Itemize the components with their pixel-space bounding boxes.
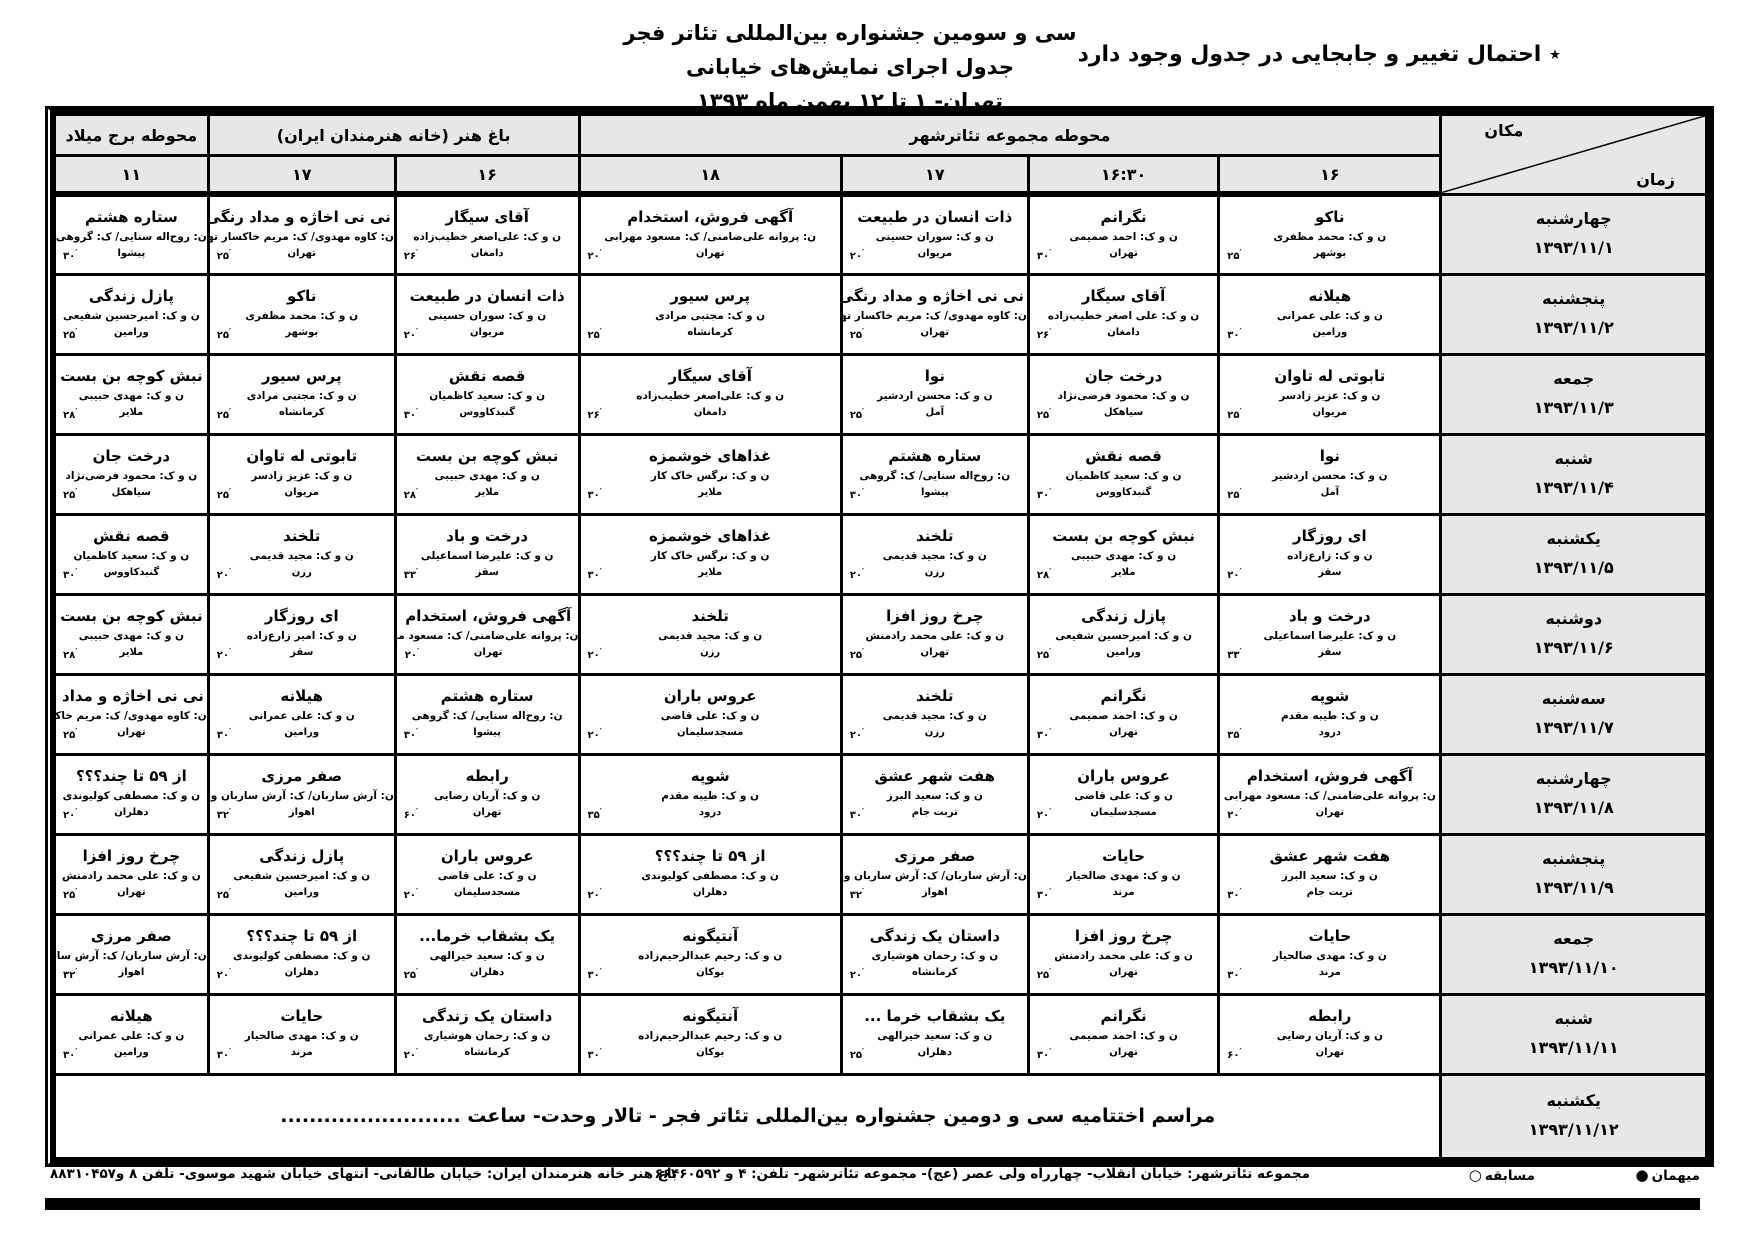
show-title: هیلانه [1220, 285, 1439, 305]
show-title: نگرانم [1030, 685, 1217, 705]
show-title: ناکو [210, 285, 394, 305]
show-cell: آگهی فروش، استخدام ن: پروانه علی‌ضامنی/ … [1219, 754, 1441, 834]
day-date: ۱۳۹۳/۱۱/۵ [1442, 554, 1705, 583]
show-title: هیلانه [56, 1005, 207, 1025]
show-title: ذات انسان در طبیعت [843, 206, 1027, 226]
time-18: ۱۸ [579, 156, 841, 195]
show-credit: ن و ک: عزیز زادسر [1220, 385, 1439, 402]
show-credit: ن و ک: محمد مظفری [1220, 226, 1439, 243]
show-cell: چرخ روز افزا ن و ک: علی محمد رادمنش ۲۵ ت… [1028, 914, 1218, 994]
page-title: سی و سومین جشنواره بین‌المللی تئاتر فجر … [610, 16, 1090, 118]
show-duration: ۲۰ [588, 887, 602, 901]
show-credit: ن: پروانه علی‌ضامنی/ ک: مسعود مهرابی [581, 226, 840, 243]
show-city: دهلران [56, 807, 207, 818]
show-duration: ۳۰ [217, 1047, 231, 1061]
show-credit: ن و ک: امیرحسین شفیعی [56, 305, 207, 322]
show-cell: رابطه ن و ک: آریان رضایی ۶۰ تهران [1219, 994, 1441, 1074]
show-duration: ۳۰ [1037, 487, 1051, 501]
show-credit: ن: آرش ساربان/ ک: آرش ساربان و علی بنائی… [210, 785, 394, 802]
legend-guest-label: میهمان [1652, 1168, 1700, 1184]
show-cell: آقای سیگار ن و ک: علی‌اصغر خطیب‌زاده ۲۶ … [579, 354, 841, 434]
show-credit: ن و ک: علیرضا اسماعیلی [1220, 625, 1439, 642]
show-credit: ن و ک: سعید البرز [1220, 865, 1439, 882]
legend-competition: ○مسابقه [1469, 1166, 1535, 1184]
show-title: ذات انسان در طبیعت [397, 285, 578, 305]
day-date: ۱۳۹۳/۱۱/۱۱ [1442, 1034, 1705, 1063]
show-title: چرخ روز افزا [56, 845, 207, 865]
show-city: تهران [1030, 1047, 1217, 1058]
show-city: رزن [843, 567, 1027, 578]
show-duration: ۲۰ [404, 887, 418, 901]
show-title: حایات [1220, 925, 1439, 945]
show-duration: ۳۳ [404, 567, 418, 581]
show-title: ای روزگار [210, 605, 394, 625]
show-duration: ۲۰ [850, 248, 864, 262]
show-city: دهلران [397, 967, 578, 978]
show-credit: ن و ک: مصطفی کولیوندی [56, 785, 207, 802]
date-cell: سه‌شنبه ۱۳۹۳/۱۱/۷ [1441, 674, 1707, 754]
show-title: شوپه [581, 765, 840, 785]
show-cell: از ۵۹ تا چند؟؟؟ ن و ک: مصطفی کولیوندی ۲۰… [208, 914, 395, 994]
show-title: نبش کوچه بن بست [56, 605, 207, 625]
show-credit: ن و ک: سعید البرز [843, 785, 1027, 802]
show-duration: ۳۰ [63, 248, 77, 262]
show-duration: ۳۰ [850, 487, 864, 501]
show-duration: ۳۰ [404, 407, 418, 421]
show-cell: ستاره هشتم ن: روح‌اله سنایی/ ک: گروهی ۳۰… [395, 674, 579, 754]
show-title: داستان یک زندگی [397, 1005, 578, 1025]
show-city: ورامین [56, 1047, 207, 1058]
show-city: تربت جام [1220, 887, 1439, 898]
legend-guest: ●میهمان [1635, 1166, 1700, 1184]
schedule-table: مکان زمان محوطه مجموعه تئاترشهر باغ هنر … [53, 113, 1708, 1160]
show-cell: نی نی اخاژه و مداد رنگی ن: کاوه مهدوی/ ک… [208, 194, 395, 274]
show-title: آگهی فروش، استخدام [581, 206, 840, 226]
show-duration: ۲۶ [588, 407, 602, 421]
show-cell: آگهی فروش، استخدام ن: پروانه علی‌ضامنی/ … [395, 594, 579, 674]
date-cell: پنجشنبه ۱۳۹۳/۱۱/۲ [1441, 274, 1707, 354]
show-title: ای روزگار [1220, 525, 1439, 545]
show-cell: هفت شهر عشق ن و ک: سعید البرز ۳۰ تربت جا… [1219, 834, 1441, 914]
show-cell: نگرانم ن و ک: احمد صمیمی ۳۰ تهران [1028, 674, 1218, 754]
show-cell: آنتیگونه ن و ک: رحیم عبدالرحیم‌زاده ۳۰ ب… [579, 914, 841, 994]
show-city: سقز [397, 567, 578, 578]
show-title: درخت جان [56, 445, 207, 465]
show-cell: ناکو ن و ک: محمد مظفری ۲۵ بوشهر [1219, 194, 1441, 274]
show-cell: ای روزگار ن و ک: زارع‌زاده ۲۰ سقز [1219, 514, 1441, 594]
show-credit: ن و ک: عزیز زادسر [210, 465, 394, 482]
schedule-subtitle: جدول اجرای نمایش‌های خیابانی [610, 50, 1090, 84]
show-duration: ۲۵ [1227, 407, 1241, 421]
show-cell: تلخند ن و ک: مجید قدیمی ۲۰ رزن [579, 594, 841, 674]
show-cell: غذاهای خوشمزه ن و ک: نرگس خاک کار ۳۰ ملا… [579, 514, 841, 594]
show-credit: ن و ک: نرگس خاک کار [581, 545, 840, 562]
show-duration: ۳۰ [63, 1047, 77, 1061]
show-city: ورامین [210, 727, 394, 738]
day-name: یکشنبه [1442, 1087, 1705, 1116]
show-cell: صفر مرزی ن: آرش ساربان/ ک: آرش ساربان و … [55, 914, 209, 994]
show-credit: ن و ک: علی قاضی [397, 865, 578, 882]
date-cell: یکشنبه ۱۳۹۳/۱۱/۵ [1441, 514, 1707, 594]
show-cell: نی نی اخاژه و مداد رنگی ن: کاوه مهدوی/ ک… [841, 274, 1028, 354]
show-credit: ن و ک: رحیم عبدالرحیم‌زاده [581, 945, 840, 962]
show-duration: ۲۰ [588, 647, 602, 661]
show-credit: ن و ک: مصطفی کولیوندی [581, 865, 840, 882]
show-credit: ن و ک: آریان رضایی [1220, 1025, 1439, 1042]
show-cell: عروس باران ن و ک: علی قاضی ۲۰ مسجدسلیمان [579, 674, 841, 754]
show-city: تهران [1030, 248, 1217, 259]
show-cell: شوپه ن و ک: طیبه مقدم ۳۵ درود [1219, 674, 1441, 754]
show-title: رابطه [397, 765, 578, 785]
show-title: پازل زندگی [210, 845, 394, 865]
day-name: چهارشنبه [1442, 765, 1705, 794]
show-cell: هفت شهر عشق ن و ک: سعید البرز ۳۰ تربت جا… [841, 754, 1028, 834]
show-cell: آنتیگونه ن و ک: رحیم عبدالرحیم‌زاده ۳۰ ب… [579, 994, 841, 1074]
show-title: نی نی اخاژه و مداد ... [56, 685, 207, 705]
show-city: ملایر [581, 487, 840, 498]
time-11: ۱۱ [55, 156, 209, 195]
date-cell: دوشنبه ۱۳۹۳/۱۱/۶ [1441, 594, 1707, 674]
show-cell: پازل زندگی ن و ک: امیرحسین شفیعی ۲۵ ورام… [208, 834, 395, 914]
show-cell: نی نی اخاژه و مداد ... ن: کاوه مهدوی/ ک:… [55, 674, 209, 754]
day-name: دوشنبه [1442, 605, 1705, 634]
show-credit: ن و ک: علی‌اصغر خطیب‌زاده [397, 226, 578, 243]
show-title: قصه نقش [56, 525, 207, 545]
show-title: درخت جان [1030, 365, 1217, 385]
show-cell: حایات ن و ک: مهدی صالحیار ۳۰ مرند [208, 994, 395, 1074]
bagh-honar-address: باغ هنر خانه هنرمندان ایران: خیابان طالق… [50, 1166, 677, 1182]
show-credit: ن: آرش ساربان/ ک: آرش ساربان و علی بنائی… [56, 945, 207, 962]
day-name: پنجشنبه [1442, 845, 1705, 874]
show-title: تلخند [843, 525, 1027, 545]
show-title: نگرانم [1030, 206, 1217, 226]
day-date: ۱۳۹۳/۱۱/۱ [1442, 234, 1705, 263]
show-duration: ۳۰ [1037, 248, 1051, 262]
schedule-row: چهارشنبه ۱۳۹۳/۱۱/۸ آگهی فروش، استخدام ن:… [55, 754, 1707, 834]
day-name: جمعه [1442, 365, 1705, 394]
show-title: نی نی اخاژه و مداد رنگی [843, 285, 1027, 305]
show-city: سیاهکل [56, 487, 207, 498]
day-date: ۱۳۹۳/۱۱/۲ [1442, 314, 1705, 343]
show-city: پیشوا [397, 727, 578, 738]
show-cell: چرخ روز افزا ن و ک: علی محمد رادمنش ۲۵ ت… [55, 834, 209, 914]
show-credit: ن و ک: مهدی صالحیار [1030, 865, 1217, 882]
show-credit: ن و ک: طیبه مقدم [581, 785, 840, 802]
schedule-row: جمعه ۱۳۹۳/۱۱/۱۰ حایات ن و ک: مهدی صالحیا… [55, 914, 1707, 994]
show-city: مرند [1220, 967, 1439, 978]
show-duration: ۳۰ [217, 727, 231, 741]
date-cell: چهارشنبه ۱۳۹۳/۱۱/۱ [1441, 194, 1707, 274]
show-cell: نبش کوچه بن بست ن و ک: مهدی حبیبی ۲۸ ملا… [1028, 514, 1218, 594]
show-duration: ۳۰ [588, 487, 602, 501]
show-duration: ۲۵ [1227, 248, 1241, 262]
show-cell: یک بشقاب خرما... ن و ک: سعید خیرالهی ۲۵ … [395, 914, 579, 994]
show-credit: ن و ک: محمود فرضی‌نژاد [56, 465, 207, 482]
show-city: اهواز [843, 887, 1027, 898]
show-cell: از ۵۹ تا چند؟؟؟ ن و ک: مصطفی کولیوندی ۲۰… [55, 754, 209, 834]
schedule-table-wrapper: مکان زمان محوطه مجموعه تئاترشهر باغ هنر … [45, 106, 1714, 1167]
time-17: ۱۷ [841, 156, 1028, 195]
show-city: دامغان [1030, 327, 1217, 338]
show-duration: ۲۰ [217, 567, 231, 581]
show-duration: ۲۵ [63, 327, 77, 341]
show-credit: ن و ک: محسن اردشیر [1220, 465, 1439, 482]
day-name: پنجشنبه [1442, 285, 1705, 314]
show-city: ورامین [1030, 647, 1217, 658]
show-city: ورامین [210, 887, 394, 898]
show-credit: ن: آرش ساربان/ ک: آرش ساربان و علی بنائی… [843, 865, 1027, 882]
day-date: ۱۳۹۳/۱۱/۸ [1442, 794, 1705, 823]
show-city: کرمانشاه [843, 967, 1027, 978]
date-cell: جمعه ۱۳۹۳/۱۱/۳ [1441, 354, 1707, 434]
day-name: یکشنبه [1442, 525, 1705, 554]
show-duration: ۳۰ [588, 967, 602, 981]
time-1630: ۱۶:۳۰ [1028, 156, 1218, 195]
show-title: آقای سیگار [397, 206, 578, 226]
show-duration: ۳۰ [404, 727, 418, 741]
show-city: پیشوا [843, 487, 1027, 498]
schedule-row: شنبه ۱۳۹۳/۱۱/۱۱ رابطه ن و ک: آریان رضایی… [55, 994, 1707, 1074]
show-duration: ۲۵ [63, 887, 77, 901]
show-cell: درخت جان ن و ک: محمود فرضی‌نژاد ۲۵ سیاهک… [1028, 354, 1218, 434]
show-credit: ن و ک: علی عمرانی [210, 705, 394, 722]
venue-milad-tower: محوطه برج میلاد [55, 115, 209, 156]
show-title: نبش کوچه بن بست [56, 365, 207, 385]
show-cell: هیلانه ن و ک: علی عمرانی ۳۰ ورامین [55, 994, 209, 1074]
day-name: شنبه [1442, 445, 1705, 474]
show-duration: ۲۵ [850, 647, 864, 661]
date-cell: چهارشنبه ۱۳۹۳/۱۱/۸ [1441, 754, 1707, 834]
show-credit: ن و ک: امیرحسین شفیعی [210, 865, 394, 882]
show-duration: ۲۵ [1037, 647, 1051, 661]
show-credit: ن و ک: مهدی صالحیار [1220, 945, 1439, 962]
show-credit: ن: کاوه مهدوی/ ک: مریم خاکسار تهرانی [210, 226, 394, 243]
schedule-row: پنجشنبه ۱۳۹۳/۱۱/۲ هیلانه ن و ک: علی عمرا… [55, 274, 1707, 354]
schedule-row: چهارشنبه ۱۳۹۳/۱۱/۱ ناکو ن و ک: محمد مظفر… [55, 194, 1707, 274]
show-city: ورامین [1220, 327, 1439, 338]
date-cell: شنبه ۱۳۹۳/۱۱/۱۱ [1441, 994, 1707, 1074]
show-city: سقز [1220, 647, 1439, 658]
show-credit: ن و ک: مصطفی کولیوندی [210, 945, 394, 962]
show-title: نوا [843, 365, 1027, 385]
show-duration: ۲۵ [1037, 967, 1051, 981]
legend-competition-label: مسابقه [1485, 1168, 1535, 1184]
show-duration: ۲۵ [63, 727, 77, 741]
show-cell: پازل زندگی ن و ک: امیرحسین شفیعی ۲۵ ورام… [1028, 594, 1218, 674]
show-cell: عروس باران ن و ک: علی قاضی ۲۰ مسجدسلیمان [1028, 754, 1218, 834]
show-duration: ۶۰ [1227, 1047, 1241, 1061]
show-cell: ستاره هشتم ن: روح‌اله سنایی/ ک: گروهی ۳۰… [55, 194, 209, 274]
show-city: بوکان [581, 967, 840, 978]
show-credit: ن: پروانه علی‌ضامنی/ ک: مسعود مهرابی [1220, 785, 1439, 802]
show-city: ورامین [56, 327, 207, 338]
schedule-page: ٭ احتمال تغییر و جابجایی در جدول وجود دا… [0, 0, 1757, 1242]
show-city: مسجدسلیمان [581, 727, 840, 738]
show-city: سقز [1220, 567, 1439, 578]
show-cell: درخت و باد ن و ک: علیرضا اسماعیلی ۳۳ سقز [1219, 594, 1441, 674]
show-title: داستان یک زندگی [843, 925, 1027, 945]
bottom-rule [45, 1198, 1700, 1210]
show-title: عروس باران [397, 845, 578, 865]
show-duration: ۲۰ [404, 1047, 418, 1061]
show-city: مریوان [210, 487, 394, 498]
schedule-row: شنبه ۱۳۹۳/۱۱/۴ نوا ن و ک: محسن اردشیر ۲۵… [55, 434, 1707, 514]
show-credit: ن و ک: مجید قدیمی [581, 625, 840, 642]
show-title: از ۵۹ تا چند؟؟؟ [581, 845, 840, 865]
show-cell: رابطه ن و ک: آریان رضایی ۶۰ تهران [395, 754, 579, 834]
show-cell: تابوتی له تاوان ن و ک: عزیز زادسر ۲۵ مری… [208, 434, 395, 514]
show-city: دهلران [581, 887, 840, 898]
show-credit: ن و ک: سوران حسینی [843, 226, 1027, 243]
show-title: قصه نقش [1030, 445, 1217, 465]
day-name: شنبه [1442, 1005, 1705, 1034]
show-city: تهران [1220, 1047, 1439, 1058]
show-credit: ن و ک: مجید قدیمی [210, 545, 394, 562]
show-cell: نبش کوچه بن بست ن و ک: مهدی حبیبی ۲۸ ملا… [55, 594, 209, 674]
show-city: مسجدسلیمان [397, 887, 578, 898]
show-duration: ۲۰ [1037, 807, 1051, 821]
show-cell: تلخند ن و ک: مجید قدیمی ۲۰ رزن [841, 674, 1028, 754]
show-credit: ن: کاوه مهدوی/ ک: مریم خاکسار تهرانی [843, 305, 1027, 322]
show-duration: ۲۵ [217, 327, 231, 341]
show-title: آنتیگونه [581, 1005, 840, 1025]
show-city: ملایر [581, 567, 840, 578]
show-duration: ۲۰ [1227, 807, 1241, 821]
show-city: تهران [397, 807, 578, 818]
show-credit: ن و ک: علی عمرانی [1220, 305, 1439, 322]
show-credit: ن: روح‌اله سنایی/ ک: گروهی [397, 705, 578, 722]
show-title: ستاره هشتم [397, 685, 578, 705]
show-title: حایات [1030, 845, 1217, 865]
show-city: مسجدسلیمان [1030, 807, 1217, 818]
schedule-row: یکشنبه ۱۳۹۳/۱۱/۵ ای روزگار ن و ک: زارع‌ز… [55, 514, 1707, 594]
change-notice-text: ٭ احتمال تغییر و جابجایی در جدول وجود دا… [1078, 42, 1561, 67]
show-city: تهران [1220, 807, 1439, 818]
show-credit: ن و ک: علیرضا اسماعیلی [397, 545, 578, 562]
show-credit: ن و ک: مهدی حبیبی [56, 625, 207, 642]
show-title: نی نی اخاژه و مداد رنگی [210, 206, 394, 226]
show-city: گنبدکاووس [397, 407, 578, 418]
show-cell: پازل زندگی ن و ک: امیرحسین شفیعی ۲۵ ورام… [55, 274, 209, 354]
show-title: نبش کوچه بن بست [1030, 525, 1217, 545]
show-credit: ن: روح‌اله سنایی/ ک: گروهی [843, 465, 1027, 482]
show-city: سقز [210, 647, 394, 658]
show-duration: ۲۵ [217, 887, 231, 901]
show-title: صفر مرزی [56, 925, 207, 945]
show-city: گنبدکاووس [1030, 487, 1217, 498]
show-duration: ۲۵ [850, 407, 864, 421]
show-cell: ناکو ن و ک: محمد مظفری ۲۵ بوشهر [208, 274, 395, 354]
show-credit: ن و ک: سعید کاظمیان [1030, 465, 1217, 482]
schedule-row: دوشنبه ۱۳۹۳/۱۱/۶ درخت و باد ن و ک: علیرض… [55, 594, 1707, 674]
show-credit: ن و ک: سوران حسینی [397, 305, 578, 322]
show-duration: ۲۵ [217, 487, 231, 501]
show-cell: ای روزگار ن و ک: امیر زارع‌زاده ۲۰ سقز [208, 594, 395, 674]
show-duration: ۲۵ [1227, 487, 1241, 501]
show-cell: هیلانه ن و ک: علی عمرانی ۳۰ ورامین [208, 674, 395, 754]
closing-ceremony-cell: مراسم اختتامیه سی و دومین جشنواره بین‌ال… [55, 1074, 1441, 1158]
show-duration: ۳۰ [1227, 887, 1241, 901]
show-credit: ن و ک: احمد صمیمی [1030, 1025, 1217, 1042]
show-cell: عروس باران ن و ک: علی قاضی ۲۰ مسجدسلیمان [395, 834, 579, 914]
show-city: ملایر [56, 407, 207, 418]
show-credit: ن و ک: مهدی صالحیار [210, 1025, 394, 1042]
show-title: صفر مرزی [843, 845, 1027, 865]
show-title: تابوتی له تاوان [1220, 365, 1439, 385]
show-city: ملایر [1030, 567, 1217, 578]
show-city: تهران [56, 887, 207, 898]
show-credit: ن و ک: زارع‌زاده [1220, 545, 1439, 562]
show-title: پازل زندگی [56, 285, 207, 305]
show-cell: ستاره هشتم ن: روح‌اله سنایی/ ک: گروهی ۳۰… [841, 434, 1028, 514]
show-cell: تابوتی له تاوان ن و ک: عزیز زادسر ۲۵ مری… [1219, 354, 1441, 434]
show-duration: ۳۰ [588, 567, 602, 581]
day-name: سه‌شنبه [1442, 685, 1705, 714]
show-credit: ن و ک: علی‌اصغر خطیب‌زاده [581, 385, 840, 402]
show-city: دامغان [581, 407, 840, 418]
corner-cell: مکان زمان [1441, 115, 1707, 195]
show-cell: درخت و باد ن و ک: علیرضا اسماعیلی ۳۳ سقز [395, 514, 579, 594]
show-duration: ۲۰ [405, 647, 419, 661]
show-duration: ۲۸ [63, 647, 77, 661]
show-cell: آقای سیگار ن و ک: علی اصغر خطیب‌زاده ۲۶ … [1028, 274, 1218, 354]
show-credit: ن و ک: علی قاضی [1030, 785, 1217, 802]
show-title: یک بشقاب خرما ... [843, 1005, 1027, 1025]
time-16b: ۱۶ [395, 156, 579, 195]
show-city: اهواز [210, 807, 394, 818]
day-name: چهارشنبه [1442, 205, 1705, 234]
festival-title: سی و سومین جشنواره بین‌المللی تئاتر فجر [610, 16, 1090, 50]
show-duration: ۳۲ [63, 967, 77, 981]
show-credit: ن و ک: آریان رضایی [397, 785, 578, 802]
show-city: آمل [1220, 487, 1439, 498]
show-title: ستاره هشتم [843, 445, 1027, 465]
show-duration: ۲۰ [217, 967, 231, 981]
show-cell: نوا ن و ک: محسن اردشیر ۲۵ آمل [1219, 434, 1441, 514]
show-credit: ن: پروانه علی‌ضامنی/ ک: مسعود مهرابی [398, 625, 579, 642]
show-city: رزن [581, 647, 840, 658]
day-date: ۱۳۹۳/۱۱/۶ [1442, 634, 1705, 663]
show-title: نگرانم [1030, 1005, 1217, 1025]
show-duration: ۲۰ [588, 727, 602, 741]
show-cell: حایات ن و ک: مهدی صالحیار ۳۰ مرند [1219, 914, 1441, 994]
show-duration: ۲۸ [1037, 567, 1051, 581]
show-duration: ۲۸ [63, 407, 77, 421]
time-17b: ۱۷ [208, 156, 395, 195]
schedule-row: پنجشنبه ۱۳۹۳/۱۱/۹ هفت شهر عشق ن و ک: سعی… [55, 834, 1707, 914]
show-city: درود [1220, 727, 1439, 738]
show-credit: ن: کاوه مهدوی/ ک: مریم خاکسار تهرانی [56, 705, 207, 722]
show-cell: یک بشقاب خرما ... ن و ک: سعید خیرالهی ۲۵… [841, 994, 1028, 1074]
schedule-row: جمعه ۱۳۹۳/۱۱/۳ تابوتی له تاوان ن و ک: عز… [55, 354, 1707, 434]
show-credit: ن و ک: مهدی حبیبی [397, 465, 578, 482]
show-city: دهلران [843, 1047, 1027, 1058]
show-city: آمل [843, 407, 1027, 418]
show-city: تهران [210, 248, 394, 259]
footer: ●میهمان ○مسابقه مجموعه تئاترشهر: خیابان … [0, 1166, 1757, 1196]
show-credit: ن و ک: رحمان هوشیاری [397, 1025, 578, 1042]
show-credit: ن و ک: امیرحسین شفیعی [1030, 625, 1217, 642]
show-title: چرخ روز افزا [843, 605, 1027, 625]
show-duration: ۲۵ [588, 327, 602, 341]
show-city: سیاهکل [1030, 407, 1217, 418]
show-title: نوا [1220, 445, 1439, 465]
show-title: تابوتی له تاوان [210, 445, 394, 465]
show-city: مریوان [1220, 407, 1439, 418]
show-credit: ن و ک: رحیم عبدالرحیم‌زاده [581, 1025, 840, 1042]
show-city: مرند [1030, 887, 1217, 898]
day-date: ۱۳۹۳/۱۱/۹ [1442, 874, 1705, 903]
